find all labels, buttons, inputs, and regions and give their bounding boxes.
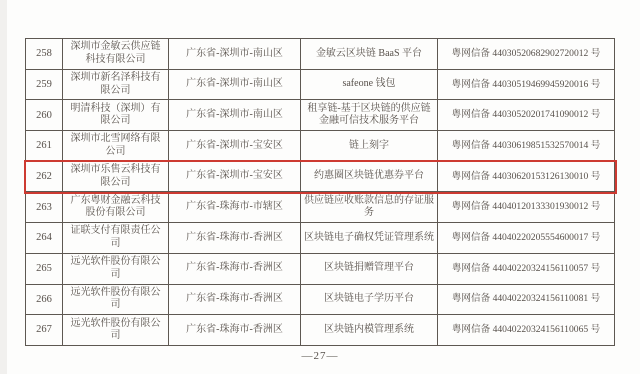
table-row: 265 远光软件股份有限公司 广东省-珠海市-香洲区 区块链捐赠管理平台 粤网信… bbox=[26, 254, 615, 285]
table-row: 260 明清科技（深圳）有限公司 广东省-深圳市-南山区 租享链-基于区块链的供… bbox=[26, 100, 615, 131]
cell-filing-number: 粤网信备 44040220205554600017 号 bbox=[438, 223, 615, 254]
cell-company: 远光软件股份有限公司 bbox=[63, 315, 169, 346]
cell-filing-number: 粤网信备 44030620153126130010 号 bbox=[438, 162, 615, 193]
cell-index: 266 bbox=[26, 285, 63, 316]
cell-region: 广东省-深圳市-南山区 bbox=[169, 70, 301, 101]
cell-company: 证联支付有限责任公司 bbox=[63, 223, 169, 254]
cell-filing-number: 粤网信备 44040220324156110081 号 bbox=[438, 285, 615, 316]
cell-index: 259 bbox=[26, 70, 63, 101]
cell-company: 深圳市乐售云科技有限公司 bbox=[63, 162, 169, 193]
cell-region: 广东省-珠海市-香洲区 bbox=[169, 315, 301, 346]
cell-region: 广东省-深圳市-南山区 bbox=[169, 39, 301, 70]
cell-index: 262 bbox=[26, 162, 63, 193]
filing-table: 258 深圳市金敏云供应链科技有限公司 广东省-深圳市-南山区 金敏云区块链 B… bbox=[25, 38, 615, 346]
cell-company: 远光软件股份有限公司 bbox=[63, 254, 169, 285]
cell-index: 260 bbox=[26, 100, 63, 131]
table-row: 267 远光软件股份有限公司 广东省-珠海市-香洲区 区块链内模管理系统 粤网信… bbox=[26, 315, 615, 346]
cell-service: 区块链电子学历平台 bbox=[301, 285, 438, 316]
cell-service: 金敏云区块链 BaaS 平台 bbox=[301, 39, 438, 70]
cell-service: 租享链-基于区块链的供应链金融可信技术服务平台 bbox=[301, 100, 438, 131]
table-row-highlighted: 262 深圳市乐售云科技有限公司 广东省-深圳市-宝安区 约惠圈区块链优惠券平台… bbox=[26, 162, 615, 193]
cell-company: 广东粤财金融云科技股份有限公司 bbox=[63, 192, 169, 223]
cell-company: 明清科技（深圳）有限公司 bbox=[63, 100, 169, 131]
table-row: 259 深圳市新名泽科技有限公司 广东省-深圳市-南山区 safeone 钱包 … bbox=[26, 70, 615, 101]
cell-index: 263 bbox=[26, 192, 63, 223]
cell-filing-number: 粤网信备 44030619851532570014 号 bbox=[438, 131, 615, 162]
table-row: 263 广东粤财金融云科技股份有限公司 广东省-珠海市-市辖区 供应链应收账款信… bbox=[26, 192, 615, 223]
cell-filing-number: 粤网信备 44030520682902720012 号 bbox=[438, 39, 615, 70]
cell-index: 267 bbox=[26, 315, 63, 346]
cell-company: 深圳市北雪网络有限公司 bbox=[63, 131, 169, 162]
table-row: 266 远光软件股份有限公司 广东省-珠海市-香洲区 区块链电子学历平台 粤网信… bbox=[26, 285, 615, 316]
page-number: —27— bbox=[0, 350, 640, 362]
cell-service: safeone 钱包 bbox=[301, 70, 438, 101]
document-page: 258 深圳市金敏云供应链科技有限公司 广东省-深圳市-南山区 金敏云区块链 B… bbox=[0, 0, 640, 374]
cell-filing-number: 粤网信备 44040220324156110065 号 bbox=[438, 315, 615, 346]
cell-company: 远光软件股份有限公司 bbox=[63, 285, 169, 316]
cell-filing-number: 粤网信备 44030519469945920016 号 bbox=[438, 70, 615, 101]
cell-region: 广东省-珠海市-香洲区 bbox=[169, 223, 301, 254]
cell-service: 区块链电子确权凭证管理系统 bbox=[301, 223, 438, 254]
cell-filing-number: 粤网信备 44040120133301930012 号 bbox=[438, 192, 615, 223]
cell-region: 广东省-珠海市-市辖区 bbox=[169, 192, 301, 223]
cell-service: 链上刻字 bbox=[301, 131, 438, 162]
cell-service: 供应链应收账款信息的存证服务 bbox=[301, 192, 438, 223]
cell-service: 区块链内模管理系统 bbox=[301, 315, 438, 346]
cell-region: 广东省-珠海市-香洲区 bbox=[169, 254, 301, 285]
cell-region: 广东省-深圳市-宝安区 bbox=[169, 162, 301, 193]
table-row: 258 深圳市金敏云供应链科技有限公司 广东省-深圳市-南山区 金敏云区块链 B… bbox=[26, 39, 615, 70]
table-row: 264 证联支付有限责任公司 广东省-珠海市-香洲区 区块链电子确权凭证管理系统… bbox=[26, 223, 615, 254]
cell-index: 258 bbox=[26, 39, 63, 70]
scan-edge-shading bbox=[0, 0, 7, 374]
cell-index: 261 bbox=[26, 131, 63, 162]
cell-company: 深圳市金敏云供应链科技有限公司 bbox=[63, 39, 169, 70]
cell-company: 深圳市新名泽科技有限公司 bbox=[63, 70, 169, 101]
table-row: 261 深圳市北雪网络有限公司 广东省-深圳市-宝安区 链上刻字 粤网信备 44… bbox=[26, 131, 615, 162]
cell-region: 广东省-深圳市-南山区 bbox=[169, 100, 301, 131]
cell-filing-number: 粤网信备 44040220324156110057 号 bbox=[438, 254, 615, 285]
cell-region: 广东省-深圳市-宝安区 bbox=[169, 131, 301, 162]
cell-service: 区块链捐赠管理平台 bbox=[301, 254, 438, 285]
cell-index: 265 bbox=[26, 254, 63, 285]
cell-index: 264 bbox=[26, 223, 63, 254]
cell-region: 广东省-珠海市-香洲区 bbox=[169, 285, 301, 316]
cell-service: 约惠圈区块链优惠券平台 bbox=[301, 162, 438, 193]
cell-filing-number: 粤网信备 44030520201741090012 号 bbox=[438, 100, 615, 131]
